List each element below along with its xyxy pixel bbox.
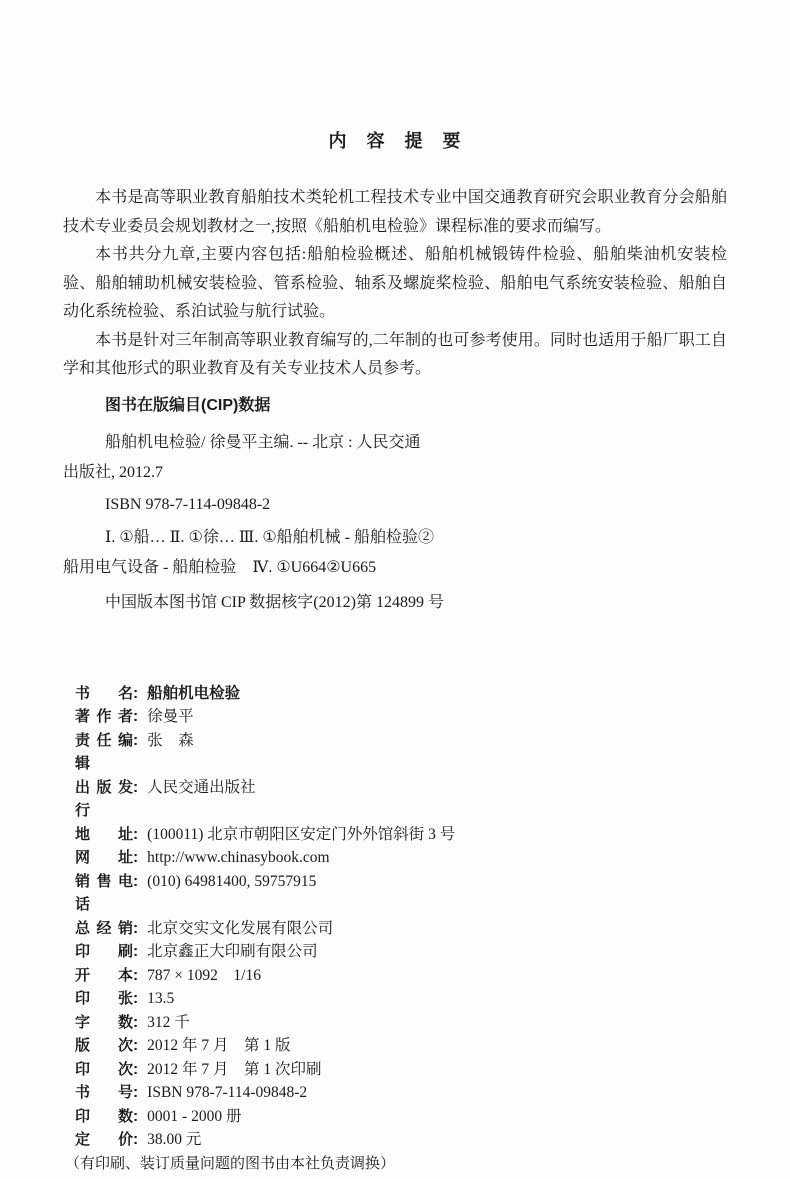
cip-title-line: 出版社, 2012.7 — [63, 458, 727, 488]
colophon-colon: : — [133, 1081, 138, 1105]
colophon-colon: : — [133, 870, 138, 894]
colophon-label: 总经销 — [75, 917, 133, 941]
colophon-value: 北京交实文化发展有限公司 — [147, 917, 333, 941]
summary-section: 本书是高等职业教育船舶技术类轮机工程技术专业中国交通教育研究会职业教育分会船舶技… — [63, 184, 727, 384]
colophon-colon: : — [133, 729, 138, 753]
colophon-row: 版次:2012 年 7 月 第 1 版 — [63, 1034, 727, 1058]
colophon-value: 船舶机电检验 — [147, 682, 240, 706]
summary-paragraph: 本书是高等职业教育船舶技术类轮机工程技术专业中国交通教育研究会职业教育分会船舶技… — [63, 184, 727, 241]
colophon-colon: : — [133, 682, 138, 706]
colophon-label: 开本 — [75, 964, 133, 988]
colophon-label: 著作者 — [75, 705, 133, 729]
colophon-row: 出版发行:人民交通出版社 — [63, 776, 727, 823]
colophon-row: 销售电话:(010) 64981400, 59757915 — [63, 870, 727, 917]
colophon-value: 2012 年 7 月 第 1 次印刷 — [147, 1058, 321, 1082]
colophon-value: 张 森 — [147, 729, 194, 753]
colophon-row: 开本:787 × 1092 1/16 — [63, 964, 727, 988]
colophon-value: (010) 64981400, 59757915 — [147, 870, 316, 894]
colophon-value: 13.5 — [147, 987, 174, 1011]
colophon-label: 定价 — [75, 1128, 133, 1152]
page-title: 内 容 提 要 — [63, 0, 727, 152]
colophon-label: 版次 — [75, 1034, 133, 1058]
cip-classification-line: Ⅰ. ①船… Ⅱ. ①徐… Ⅲ. ①船舶机械 - 船舶检验② — [63, 523, 727, 553]
colophon-value: (100011) 北京市朝阳区安定门外外馆斜街 3 号 — [147, 823, 455, 847]
colophon-value: http://www.chinasybook.com — [147, 846, 329, 870]
colophon-colon: : — [133, 823, 138, 847]
colophon-row: 责任编辑:张 森 — [63, 729, 727, 776]
book-copyright-page: 内 容 提 要 本书是高等职业教育船舶技术类轮机工程技术专业中国交通教育研究会职… — [0, 0, 790, 1179]
colophon-colon: : — [133, 1058, 138, 1082]
summary-paragraph: 本书是针对三年制高等职业教育编写的,二年制的也可参考使用。同时也适用于船厂职工自… — [63, 327, 727, 384]
colophon-value: 人民交通出版社 — [147, 776, 256, 800]
colophon-value: ISBN 978-7-114-09848-2 — [147, 1081, 307, 1105]
colophon-label: 印刷 — [75, 940, 133, 964]
colophon-value: 2012 年 7 月 第 1 版 — [147, 1034, 290, 1058]
colophon-label: 出版发行 — [75, 776, 133, 823]
reprint-note: （有印刷、装订质量问题的图书由本社负责调换） — [63, 1153, 727, 1176]
colophon-label: 地址 — [75, 823, 133, 847]
colophon-colon: : — [133, 776, 138, 800]
colophon-row: 总经销:北京交实文化发展有限公司 — [63, 917, 727, 941]
colophon-colon: : — [133, 1011, 138, 1035]
cip-isbn: ISBN 978-7-114-09848-2 — [63, 490, 727, 520]
colophon-row: 网址:http://www.chinasybook.com — [63, 846, 727, 870]
colophon-label: 印张 — [75, 987, 133, 1011]
cip-heading: 图书在版编目(CIP)数据 — [63, 392, 727, 415]
colophon-label: 字数 — [75, 1011, 133, 1035]
colophon-label: 印数 — [75, 1105, 133, 1129]
colophon-value: 312 千 — [147, 1011, 190, 1035]
colophon-colon: : — [133, 1105, 138, 1129]
colophon-colon: : — [133, 1128, 138, 1152]
colophon-colon: : — [133, 705, 138, 729]
colophon-label: 销售电话 — [75, 870, 133, 917]
colophon-colon: : — [133, 846, 138, 870]
colophon-colon: : — [133, 964, 138, 988]
colophon-row: 印次:2012 年 7 月 第 1 次印刷 — [63, 1058, 727, 1082]
colophon-row: 著作者:徐曼平 — [63, 705, 727, 729]
page-content: 内 容 提 要 本书是高等职业教育船舶技术类轮机工程技术专业中国交通教育研究会职… — [0, 0, 790, 1176]
colophon-label: 书号 — [75, 1081, 133, 1105]
colophon-label: 印次 — [75, 1058, 133, 1082]
cip-section: 图书在版编目(CIP)数据 船舶机电检验/ 徐曼平主编. -- 北京 : 人民交… — [63, 392, 727, 618]
colophon-row: 书号:ISBN 978-7-114-09848-2 — [63, 1081, 727, 1105]
colophon-row: 定价:38.00 元 — [63, 1128, 727, 1152]
colophon-row: 印张:13.5 — [63, 987, 727, 1011]
colophon-value: 0001 - 2000 册 — [147, 1105, 241, 1129]
cip-record-number: 中国版本图书馆 CIP 数据核字(2012)第 124899 号 — [63, 588, 727, 618]
colophon-label: 网址 — [75, 846, 133, 870]
colophon-row: 字数:312 千 — [63, 1011, 727, 1035]
cip-classification-line: 船用电气设备 - 船舶检验 Ⅳ. ①U664②U665 — [63, 553, 727, 583]
colophon-colon: : — [133, 1034, 138, 1058]
summary-paragraph: 本书共分九章,主要内容包括:船舶检验概述、船舶机械锻铸件检验、船舶柴油机安装检验… — [63, 241, 727, 327]
colophon-row: 印数:0001 - 2000 册 — [63, 1105, 727, 1129]
colophon-row: 地址:(100011) 北京市朝阳区安定门外外馆斜街 3 号 — [63, 823, 727, 847]
colophon-colon: : — [133, 987, 138, 1011]
colophon-colon: : — [133, 940, 138, 964]
colophon-colon: : — [133, 917, 138, 941]
colophon-row: 印刷:北京鑫正大印刷有限公司 — [63, 940, 727, 964]
colophon-value: 北京鑫正大印刷有限公司 — [147, 940, 318, 964]
colophon-row: 书名:船舶机电检验 — [63, 682, 727, 706]
colophon-value: 徐曼平 — [147, 705, 194, 729]
colophon-section: 书名:船舶机电检验 著作者:徐曼平 责任编辑:张 森 出版发行:人民交通出版社 … — [63, 682, 727, 1152]
colophon-value: 787 × 1092 1/16 — [147, 964, 261, 988]
colophon-label: 书名 — [75, 682, 133, 706]
colophon-value: 38.00 元 — [147, 1128, 201, 1152]
colophon-label: 责任编辑 — [75, 729, 133, 776]
cip-title-line: 船舶机电检验/ 徐曼平主编. -- 北京 : 人民交通 — [63, 428, 727, 458]
